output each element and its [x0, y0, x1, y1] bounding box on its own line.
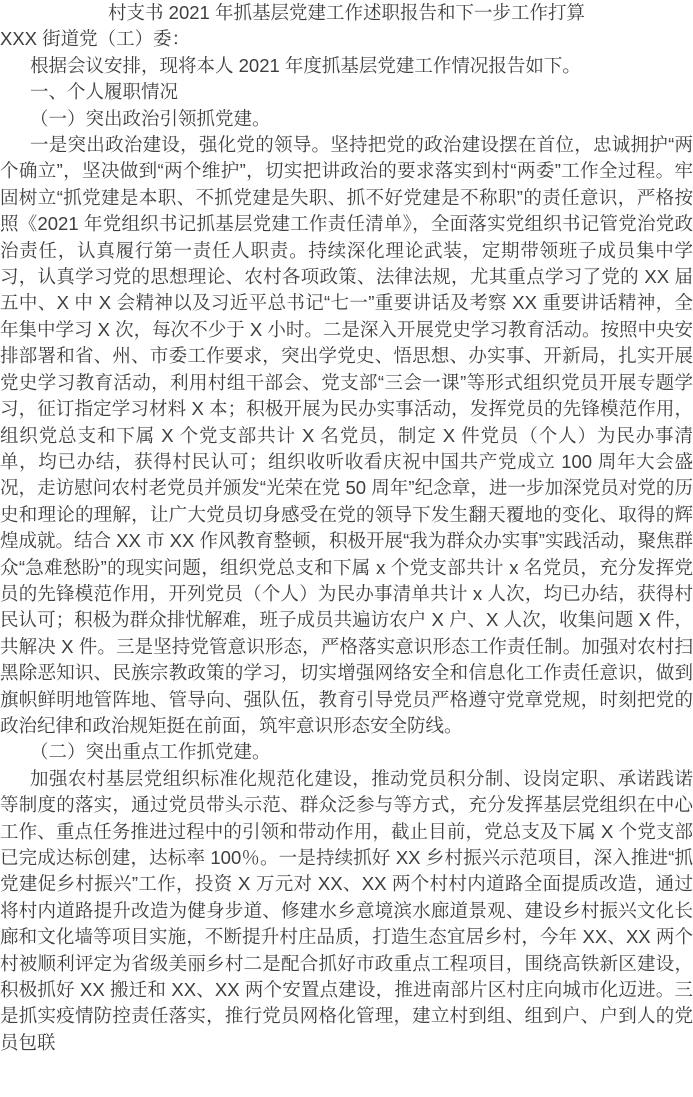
salutation-line: XXX 街道党（工）委：: [0, 26, 693, 52]
intro-paragraph: 根据会议安排，现将本人 2021 年度抓基层党建工作情况报告如下。: [0, 53, 693, 79]
subsection-body-political-leadership: 一是突出政治建设，强化党的领导。坚持把党的政治建设摆在首位，忠诚拥护“两个确立”…: [0, 132, 693, 739]
subsection-heading-key-work: （二）突出重点工作抓党建。: [0, 739, 693, 765]
document-page: 村支书 2021 年抓基层党建工作述职报告和下一步工作打算 XXX 街道党（工）…: [0, 0, 693, 1097]
subsection-heading-political-leadership: （一）突出政治引领抓党建。: [0, 106, 693, 132]
document-title: 村支书 2021 年抓基层党建工作述职报告和下一步工作打算: [0, 0, 693, 26]
section-heading-performance: 一、个人履职情况: [0, 79, 693, 105]
subsection-body-key-work: 加强农村基层党组织标准化规范化建设，推动党员积分制、设岗定职、承诺践诺等制度的落…: [0, 766, 693, 1056]
